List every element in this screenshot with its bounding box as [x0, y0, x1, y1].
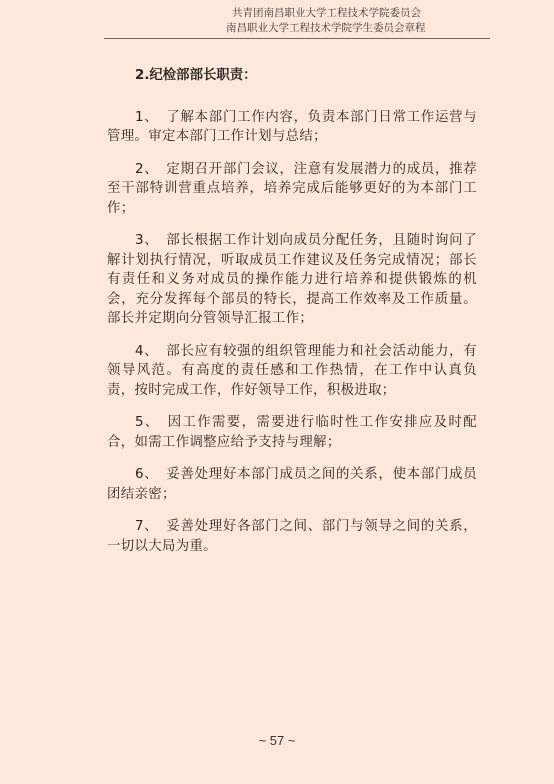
item-number: 2、 — [135, 162, 158, 177]
item-number: 3、 — [135, 233, 158, 248]
duty-item-5: 5、因工作需要，需要进行临时性工作安排应及时配合，如需工作调整应给予支持与理解； — [107, 413, 477, 452]
duty-item-1: 1、了解本部门工作内容，负责本部门日常工作运营与管理。审定本部门工作计划与总结； — [107, 108, 477, 147]
page-number: ~ 57 ~ — [0, 733, 554, 748]
item-number: 4、 — [135, 344, 158, 359]
item-text: 部长应有较强的组织管理能力和社会活动能力，有领导风范。有高度的责任感和工作热情，… — [107, 344, 477, 398]
item-number: 6、 — [135, 467, 158, 482]
item-text: 因工作需要，需要进行临时性工作安排应及时配合，如需工作调整应给予支持与理解； — [107, 415, 477, 450]
item-text: 妥善处理好各部门之间、部门与领导之间的关系，一切以大局为重。 — [107, 519, 477, 554]
item-text: 部长根据工作计划向成员分配任务，且随时询问了解计划执行情况，听取成员工作建议及任… — [107, 233, 477, 326]
duty-item-4: 4、部长应有较强的组织管理能力和社会活动能力，有领导风范。有高度的责任感和工作热… — [107, 342, 477, 401]
section-title: 2.纪检部部长职责： — [135, 66, 477, 86]
item-text: 定期召开部门会议，注意有发展潜力的成员，推荐至干部特训营重点培养，培养完成后能够… — [107, 162, 477, 216]
item-number: 1、 — [135, 110, 158, 125]
header-document-title: 南昌职业大学工程技术学院学生委员会章程 — [104, 20, 490, 36]
page-header: 共青团南昌职业大学工程技术学院委员会 南昌职业大学工程技术学院学生委员会章程 — [104, 6, 490, 39]
duty-item-3: 3、部长根据工作计划向成员分配任务，且随时询问了解计划执行情况，听取成员工作建议… — [107, 231, 477, 329]
document-body: 2.纪检部部长职责： 1、了解本部门工作内容，负责本部门日常工作运营与管理。审定… — [107, 66, 477, 569]
item-number: 5、 — [135, 415, 160, 430]
item-text: 了解本部门工作内容，负责本部门日常工作运营与管理。审定本部门工作计划与总结； — [107, 110, 477, 145]
header-divider — [104, 38, 490, 39]
duty-item-7: 7、妥善处理好各部门之间、部门与领导之间的关系，一切以大局为重。 — [107, 517, 477, 556]
duty-item-2: 2、定期召开部门会议，注意有发展潜力的成员，推荐至干部特训营重点培养，培养完成后… — [107, 160, 477, 219]
header-organization: 共青团南昌职业大学工程技术学院委员会 — [104, 6, 490, 20]
item-text: 妥善处理好本部门成员之间的关系，使本部门成员团结亲密； — [107, 467, 477, 502]
item-number: 7、 — [135, 519, 158, 534]
duty-item-6: 6、妥善处理好本部门成员之间的关系，使本部门成员团结亲密； — [107, 465, 477, 504]
